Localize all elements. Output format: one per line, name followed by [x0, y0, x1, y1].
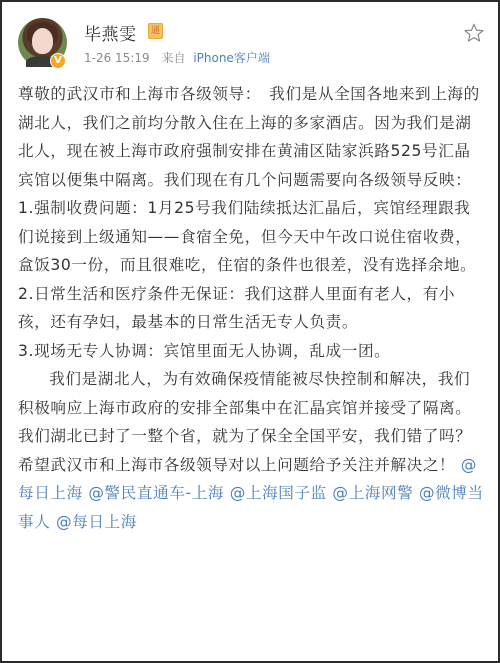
source-client-link[interactable]: iPhone客户端 — [193, 51, 270, 65]
star-outline-icon[interactable] — [463, 22, 485, 44]
mention-link[interactable]: @上海网警 — [332, 484, 413, 502]
mention-link[interactable]: @上海国子监 — [230, 484, 327, 502]
avatar-face — [32, 28, 53, 54]
weibo-post-card: V 毕燕雯 通 1-26 15:19 来自 iPhone客户端 尊敬的武汉市和上… — [0, 0, 500, 663]
paragraph-closing: 我们是湖北人，为有效确保疫情能被尽快控制和解决，我们积极响应上海市政府的安排全部… — [18, 365, 486, 536]
post-time: 1-26 15:19 — [84, 51, 150, 65]
post-content: 尊敬的武汉市和上海市各级领导： 我们是从全国各地来到上海的湖北人，我们之前均分散… — [18, 80, 486, 536]
paragraph-issue-3: 3.现场无专人协调：宾馆里面无人协调，乱成一团。 — [18, 337, 486, 366]
closing-text: 我们是湖北人，为有效确保疫情能被尽快控制和解决，我们积极响应上海市政府的安排全部… — [18, 370, 471, 474]
paragraph-issue-1: 1.强制收费问题：1月25号我们陆续抵达汇晶后，宾馆经理跟我们说接到上级通知——… — [18, 194, 486, 280]
source-label: 来自 — [161, 51, 185, 65]
post-header: V 毕燕雯 通 1-26 15:19 来自 iPhone客户端 — [2, 2, 498, 74]
member-badge-icon[interactable]: 通 — [148, 23, 163, 39]
paragraph-issue-2: 2.日常生活和医疗条件无保证：我们这群人里面有老人，有小孩，还有孕妇，最基本的日… — [18, 280, 486, 337]
mention-link[interactable]: @警民直通车-上海 — [88, 484, 224, 502]
verified-icon: V — [50, 53, 66, 69]
author-name[interactable]: 毕燕雯 — [84, 20, 137, 45]
mention-link[interactable]: @每日上海 — [56, 513, 137, 531]
paragraph-intro: 尊敬的武汉市和上海市各级领导： 我们是从全国各地来到上海的湖北人，我们之前均分散… — [18, 80, 486, 194]
post-meta: 1-26 15:19 来自 iPhone客户端 — [84, 49, 270, 66]
